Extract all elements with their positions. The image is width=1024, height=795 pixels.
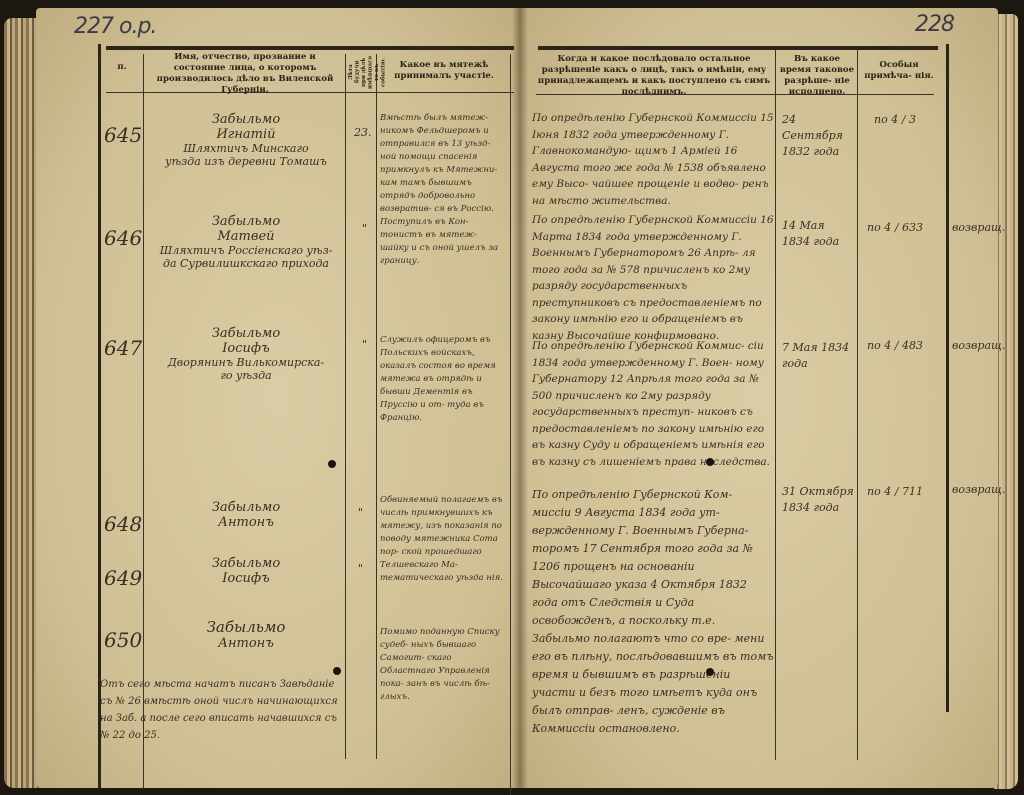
entry-age: 23. bbox=[354, 126, 372, 139]
entry-name: ЗабыльмоАнтонъ bbox=[148, 618, 344, 651]
header-age: Лѣта будучи при дѣлѣ имѣвшаго то къ собы… bbox=[348, 54, 374, 90]
entry-age: " bbox=[362, 222, 367, 235]
right-folio: 228 bbox=[915, 12, 954, 37]
entry-name: ЗабыльмоИгнатій Шляхтичъ Минскагоуѣзда и… bbox=[148, 112, 344, 168]
entry-age: " bbox=[358, 562, 363, 575]
entry-role: Служилъ офицеромъ въ Польскихъ войскахъ,… bbox=[380, 334, 508, 425]
header-resolution: Когда и какое послѣдовало остальное разр… bbox=[536, 54, 772, 98]
binding-hole bbox=[706, 668, 714, 676]
binding-hole bbox=[328, 460, 336, 468]
right-top-rule bbox=[538, 46, 938, 50]
footnote: Отъ сего мѣста начатъ писанъ Завѣданіе с… bbox=[100, 676, 338, 744]
entry-resolution: По опредѣленію Губернской Коммиссіи 16 М… bbox=[532, 212, 774, 344]
entry-resolution: По опредѣленію Губернской Коммис- сіи 18… bbox=[532, 338, 774, 470]
entry-executed: 7 Мая 1834 года bbox=[782, 340, 854, 372]
entry-number: 646 bbox=[104, 226, 142, 250]
right-margin-line bbox=[946, 44, 949, 712]
entry-executed: 14 Мая 1834 года bbox=[782, 218, 854, 250]
entry-role: Поступилъ въ Кон- тонистъ въ мятеж- шайк… bbox=[380, 216, 508, 268]
entry-number: 650 bbox=[104, 628, 142, 652]
header-number: п. bbox=[104, 62, 140, 73]
entry-name: ЗабыльмоМатвей Шляхтичъ Россіенскаго уѣз… bbox=[148, 214, 344, 270]
header-person: Имя, отчество, прозвание и состояние лиц… bbox=[147, 52, 343, 96]
binding-hole bbox=[706, 458, 714, 466]
col-divider bbox=[857, 50, 858, 760]
entry-executed: 24 Сентября 1832 года bbox=[782, 112, 854, 160]
entry-note: возвращ. bbox=[952, 220, 1006, 236]
entry-reference: по 4 / 483 bbox=[862, 338, 928, 354]
entry-resolution: По опредѣленію Губернской Ком- миссіи 9 … bbox=[532, 486, 774, 738]
col-divider bbox=[376, 54, 377, 759]
entry-note: возвращ. bbox=[952, 338, 1006, 354]
entry-name: ЗабыльмоАнтонъ bbox=[148, 500, 344, 530]
entry-number: 648 bbox=[104, 512, 142, 536]
binding-hole bbox=[333, 667, 341, 675]
col-divider bbox=[345, 54, 346, 759]
entry-number: 649 bbox=[104, 566, 142, 590]
entry-resolution: По опредѣленію Губернской Коммиссіи 15 І… bbox=[532, 110, 774, 209]
entry-name: ЗабыльмоІосифъ Дворянинъ Вилькомирска-го… bbox=[148, 326, 344, 382]
col-divider bbox=[510, 54, 511, 795]
open-ledger: 227 o.p. 228 п. Имя, отчество, прозвание… bbox=[0, 0, 1024, 795]
entry-role: Вмѣстѣ былъ мятеж- никомъ Фельдшеромъ и … bbox=[380, 112, 508, 216]
entry-number: 647 bbox=[104, 336, 142, 360]
header-role: Какое въ мятежѣ принималъ участіе. bbox=[380, 60, 508, 82]
entry-number: 645 bbox=[104, 123, 142, 147]
header-notes: Особыя примѣча- нія. bbox=[860, 60, 938, 82]
entry-role: Обвиняемый полагаемъ въ числѣ примкнувши… bbox=[380, 494, 508, 585]
book-gutter bbox=[512, 8, 528, 788]
left-folio: 227 o.p. bbox=[74, 14, 156, 39]
entry-age: " bbox=[362, 338, 367, 351]
entry-reference: по 4 / 711 bbox=[862, 484, 928, 500]
col-divider bbox=[775, 50, 776, 760]
left-top-rule bbox=[106, 46, 514, 50]
entry-executed: 31 Октября 1834 года bbox=[782, 484, 854, 516]
entry-age: " bbox=[358, 506, 363, 519]
entry-reference: по 4 / 3 bbox=[862, 112, 928, 128]
entry-name: ЗабыльмоІосифъ bbox=[148, 556, 344, 586]
header-executed: Въ какое время таковое разрѣше- ніе испо… bbox=[778, 54, 856, 98]
entry-reference: по 4 / 633 bbox=[862, 220, 928, 236]
entry-note: возвращ. bbox=[952, 482, 1006, 498]
entry-role: Помимо поданную Списку судеб- ныхъ бывша… bbox=[380, 626, 508, 704]
